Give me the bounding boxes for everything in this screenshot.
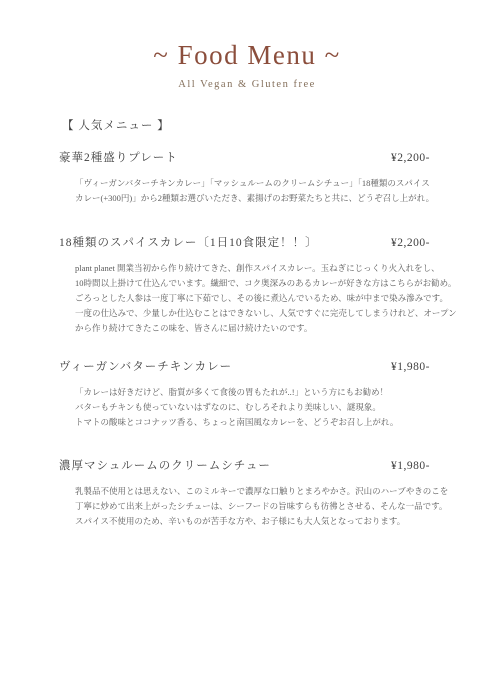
menu-item-name: 18種類のスパイスカレー〔1日10食限定！！〕 <box>59 234 318 250</box>
menu-item: 濃厚マシュルームのクリームシチュー ¥1,980- 乳製品不使用とは思えない、こ… <box>0 457 494 529</box>
menu-item: ヴィーガンバターチキンカレー ¥1,980- 「カレーは好きだけど、脂質が多くて… <box>0 358 494 430</box>
menu-item-name: 濃厚マシュルームのクリームシチュー <box>59 457 271 473</box>
menu-item-price: ¥1,980- <box>391 460 430 472</box>
page-subtitle: All Vegan & Gluten free <box>0 79 494 90</box>
menu-item-name: ヴィーガンバターチキンカレー <box>59 358 232 374</box>
menu-item-description: 乳製品不使用とは思えない、このミルキーで濃厚な口触りとまろやかさ。沢山のハーブや… <box>75 484 467 529</box>
page-title: ~ Food Menu ~ <box>0 40 494 71</box>
menu-item-header: ヴィーガンバターチキンカレー ¥1,980- <box>59 358 430 374</box>
menu-item-description: 「カレーは好きだけど、脂質が多くて食後の胃もたれが..!」という方にもお勧め！ … <box>75 385 467 430</box>
menu-item: 豪華2種盛りプレート ¥2,200- 「ヴィーガンバターチキンカレー」「マッシュ… <box>0 149 494 206</box>
menu-item-header: 豪華2種盛りプレート ¥2,200- <box>59 149 430 165</box>
menu-item-price: ¥2,200- <box>391 152 430 164</box>
menu-item-description: plant planet 開業当初から作り続けてきた、創作スパイスカレー。玉ねぎ… <box>75 261 467 336</box>
menu-item-price: ¥1,980- <box>391 361 430 373</box>
menu-item-header: 18種類のスパイスカレー〔1日10食限定！！〕 ¥2,200- <box>59 234 430 250</box>
menu-item-name: 豪華2種盛りプレート <box>59 149 178 165</box>
menu-item-header: 濃厚マシュルームのクリームシチュー ¥1,980- <box>59 457 430 473</box>
menu-item: 18種類のスパイスカレー〔1日10食限定！！〕 ¥2,200- plant pl… <box>0 234 494 336</box>
menu-page: ~ Food Menu ~ All Vegan & Gluten free 【 … <box>0 0 494 700</box>
menu-item-price: ¥2,200- <box>391 237 430 249</box>
menu-item-description: 「ヴィーガンバターチキンカレー」「マッシュルームのクリームシチュー」「18種類の… <box>75 176 467 206</box>
section-header-popular-menu: 【 人気メニュー 】 <box>62 117 494 133</box>
